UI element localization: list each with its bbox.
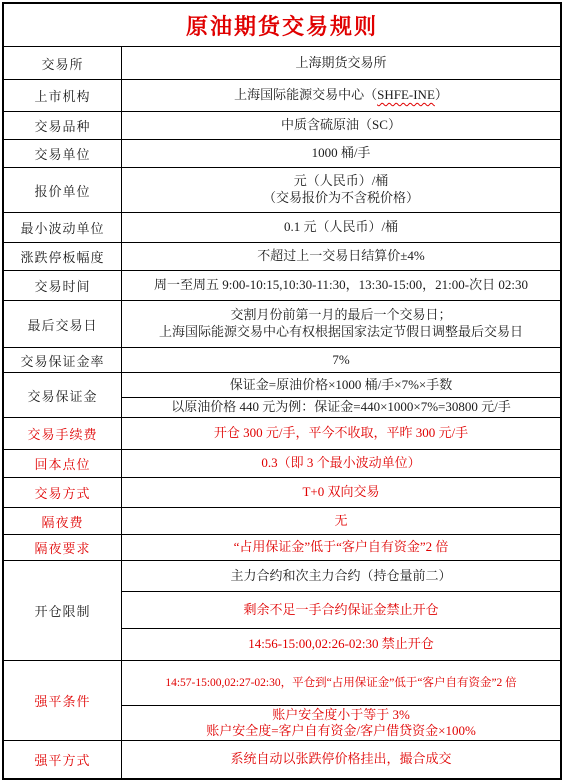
row-label: 隔夜费 bbox=[4, 508, 122, 534]
document-page: 原油期货交易规则 交易所 上海期货交易所 上市机构 上海国际能源交易中心（SHF… bbox=[0, 0, 564, 782]
row-label: 最后交易日 bbox=[4, 301, 122, 347]
cell-text: 元（人民币）/桶 bbox=[294, 173, 389, 190]
cell-text: 交割月份前第一月的最后一个交易日； bbox=[230, 307, 451, 324]
cell-text: 周一至周五 9:00-10:15,10:30-11:30，13:30-15:00… bbox=[154, 277, 528, 294]
cell-text: 保证金=原油价格×1000 桶/手×7%×手数 bbox=[230, 377, 453, 394]
row-label: 回本点位 bbox=[4, 450, 122, 477]
row-label: 交易单位 bbox=[4, 140, 122, 167]
cell-text: 中质含硫原油（SC） bbox=[281, 117, 401, 134]
table-title-row: 原油期货交易规则 bbox=[4, 4, 560, 47]
row-label: 强平条件 bbox=[4, 661, 122, 740]
cell-text: 账户安全度=客户自有资金/客户借贷资金×100% bbox=[206, 723, 476, 739]
agency-name: 上海国际能源交易中心（ bbox=[234, 87, 377, 102]
row-tick-size: 最小波动单位 0.1 元（人民币）/桶 bbox=[4, 213, 560, 243]
row-forced-liquidation-condition: 强平条件 14:57-15:00,02:27-02:30，平仓到“占用保证金”低… bbox=[4, 661, 560, 741]
row-exchange: 交易所 上海期货交易所 bbox=[4, 47, 560, 80]
row-label: 涨跌停板幅度 bbox=[4, 243, 122, 270]
row-breakeven-point: 回本点位 0.3（即 3 个最小波动单位） bbox=[4, 450, 560, 478]
cell-text: T+0 双向交易 bbox=[302, 484, 379, 501]
row-label: 交易方式 bbox=[4, 478, 122, 507]
row-trading-hours: 交易时间 周一至周五 9:00-10:15,10:30-11:30，13:30-… bbox=[4, 271, 560, 301]
row-margin-rate: 交易保证金率 7% bbox=[4, 348, 560, 373]
cell-text: 无 bbox=[334, 513, 347, 530]
cell-text: 主力合约和次主力合约（持仓量前二） bbox=[230, 568, 451, 585]
row-last-trading-day: 最后交易日 交割月份前第一月的最后一个交易日； 上海国际能源交易中心有权根据国家… bbox=[4, 301, 560, 348]
row-label: 最小波动单位 bbox=[4, 213, 122, 242]
row-overnight-fee: 隔夜费 无 bbox=[4, 508, 560, 535]
row-overnight-requirement: 隔夜要求 “占用保证金”低于“客户自有资金”2 倍 bbox=[4, 535, 560, 561]
crude-oil-futures-rules-table: 原油期货交易规则 交易所 上海期货交易所 上市机构 上海国际能源交易中心（SHF… bbox=[2, 2, 562, 780]
cell-text: 1000 桶/手 bbox=[312, 145, 371, 162]
cell-text: 0.1 元（人民币）/桶 bbox=[284, 219, 398, 236]
cell-text: 账户安全度小于等于 3% bbox=[272, 707, 410, 723]
cell-text: 上海期货交易所 bbox=[295, 55, 386, 72]
row-margin: 交易保证金 保证金=原油价格×1000 桶/手×7%×手数 以原油价格 440 … bbox=[4, 373, 560, 418]
cell-text: 0.3（即 3 个最小波动单位） bbox=[261, 455, 420, 472]
cell-text: 系统自动以张跌停价格挂出，撮合成交 bbox=[230, 751, 451, 768]
agency-code-spellcheck: SHFE-INE bbox=[377, 87, 435, 102]
row-label: 交易时间 bbox=[4, 271, 122, 300]
cell-text: 上海国际能源交易中心有权根据国家法定节假日调整最后交易日 bbox=[159, 324, 523, 341]
cell-text: 14:57-15:00,02:27-02:30，平仓到“占用保证金”低于“客户自… bbox=[165, 676, 516, 691]
row-label: 上市机构 bbox=[4, 80, 122, 111]
cell-text: 14:56-15:00,02:26-02:30 禁止开仓 bbox=[248, 636, 434, 653]
row-product: 交易品种 中质含硫原油（SC） bbox=[4, 112, 560, 140]
row-listing-agency: 上市机构 上海国际能源交易中心（SHFE-INE） bbox=[4, 80, 560, 112]
row-label: 开仓限制 bbox=[4, 561, 122, 660]
cell-text: “占用保证金”低于“客户自有资金”2 倍 bbox=[234, 539, 449, 556]
cell-text: 7% bbox=[332, 352, 349, 369]
row-forced-liquidation-method: 强平方式 系统自动以张跌停价格挂出，撮合成交 bbox=[4, 741, 560, 778]
cell-text: 不超过上一交易日结算价±4% bbox=[257, 248, 424, 265]
row-quote-unit: 报价单位 元（人民币）/桶 （交易报价为不含税价格） bbox=[4, 168, 560, 213]
row-commission: 交易手续费 开仓 300 元/手，平今不收取，平昨 300 元/手 bbox=[4, 418, 560, 450]
row-trading-mode: 交易方式 T+0 双向交易 bbox=[4, 478, 560, 508]
cell-text: 剩余不足一手合约保证金禁止开仓 bbox=[243, 602, 438, 619]
row-label: 交易保证金率 bbox=[4, 348, 122, 372]
agency-name-close: ） bbox=[435, 87, 448, 102]
row-position-opening-limit: 开仓限制 主力合约和次主力合约（持仓量前二） 剩余不足一手合约保证金禁止开仓 1… bbox=[4, 561, 560, 661]
row-label: 交易手续费 bbox=[4, 418, 122, 449]
row-label: 交易保证金 bbox=[4, 373, 122, 417]
cell-text: 上海国际能源交易中心（SHFE-INE） bbox=[234, 87, 448, 104]
row-label: 隔夜要求 bbox=[4, 535, 122, 560]
cell-text: 开仓 300 元/手，平今不收取，平昨 300 元/手 bbox=[214, 425, 468, 442]
row-trading-unit: 交易单位 1000 桶/手 bbox=[4, 140, 560, 168]
cell-text: 以原油价格 440 元为例：保证金=440×1000×7%=30800 元/手 bbox=[171, 399, 511, 416]
row-label: 报价单位 bbox=[4, 168, 122, 212]
row-label: 强平方式 bbox=[4, 741, 122, 778]
row-price-limit: 涨跌停板幅度 不超过上一交易日结算价±4% bbox=[4, 243, 560, 271]
row-label: 交易所 bbox=[4, 47, 122, 79]
page-title: 原油期货交易规则 bbox=[186, 10, 378, 41]
row-label: 交易品种 bbox=[4, 112, 122, 139]
cell-text: （交易报价为不含税价格） bbox=[263, 190, 419, 207]
